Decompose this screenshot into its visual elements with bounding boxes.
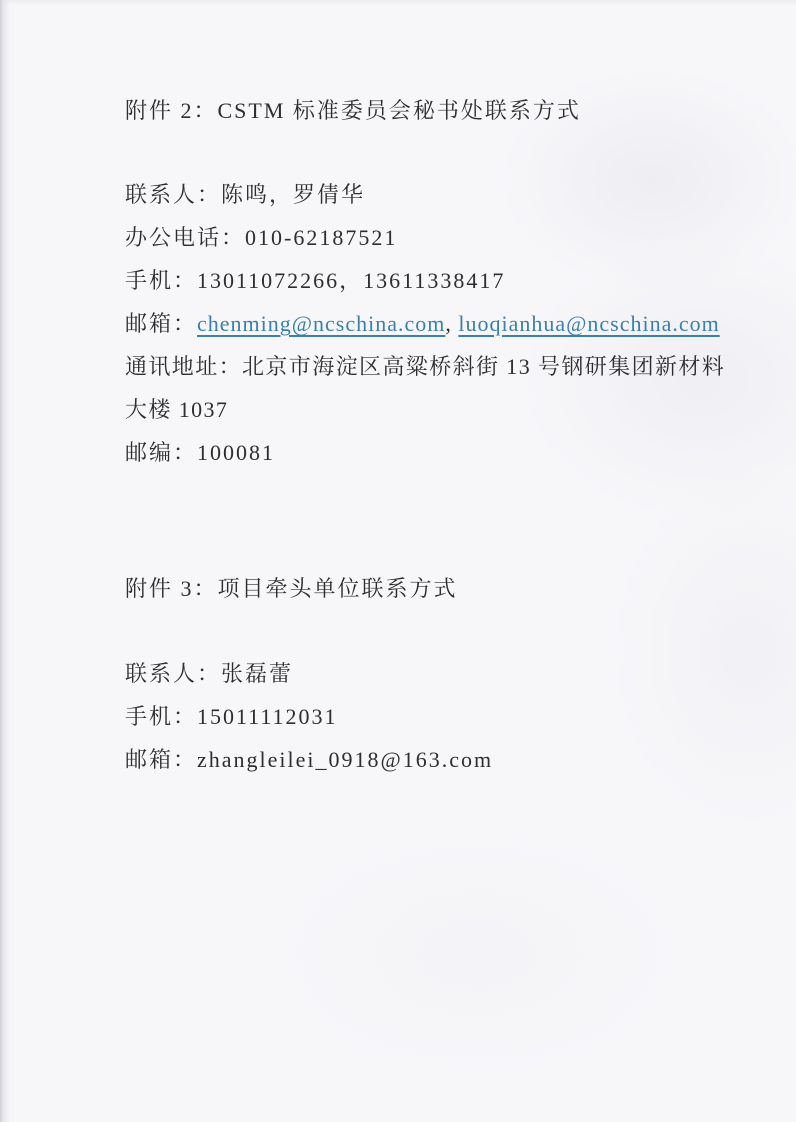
document-content: 附件 2：CSTM 标准委员会秘书处联系方式 联系人：陈鸣，罗倩华 办公电话：0… bbox=[0, 0, 685, 781]
attachment3-contact-person: 联系人：张磊蕾 bbox=[125, 652, 685, 695]
attachment3-heading: 附件 3：项目牵头单位联系方式 bbox=[125, 567, 685, 610]
attachment2-mobile-phones: 手机：13011072266，13611338417 bbox=[125, 259, 685, 302]
attachment3-email: 邮箱：zhangleilei_0918@163.com bbox=[125, 738, 685, 781]
scanned-document-page: 附件 2：CSTM 标准委员会秘书处联系方式 联系人：陈鸣，罗倩华 办公电话：0… bbox=[0, 0, 796, 1122]
attachment2-office-phone: 办公电话：010-62187521 bbox=[125, 216, 685, 259]
email-separator: , bbox=[445, 311, 458, 336]
attachment3-mobile-phone: 手机：15011112031 bbox=[125, 695, 685, 738]
attachment2-address-line2: 大楼 1037 bbox=[125, 388, 685, 431]
attachment2-contact-person: 联系人：陈鸣，罗倩华 bbox=[125, 173, 685, 216]
attachment2-heading: 附件 2：CSTM 标准委员会秘书处联系方式 bbox=[125, 89, 685, 132]
attachment3-section: 附件 3：项目牵头单位联系方式 联系人：张磊蕾 手机：15011112031 邮… bbox=[125, 567, 685, 781]
attachment2-email-line: 邮箱：chenming@ncschina.com, luoqianhua@ncs… bbox=[125, 302, 685, 345]
email-link-chenming[interactable]: chenming@ncschina.com bbox=[197, 311, 445, 336]
email-label: 邮箱： bbox=[125, 311, 197, 336]
attachment2-postal-code: 邮编：100081 bbox=[125, 431, 685, 474]
attachment2-address-line1: 通讯地址：北京市海淀区高粱桥斜街 13 号钢研集团新材料 bbox=[125, 345, 685, 388]
email-link-luoqianhua[interactable]: luoqianhua@ncschina.com bbox=[458, 311, 719, 336]
attachment2-section: 附件 2：CSTM 标准委员会秘书处联系方式 联系人：陈鸣，罗倩华 办公电话：0… bbox=[125, 89, 685, 474]
